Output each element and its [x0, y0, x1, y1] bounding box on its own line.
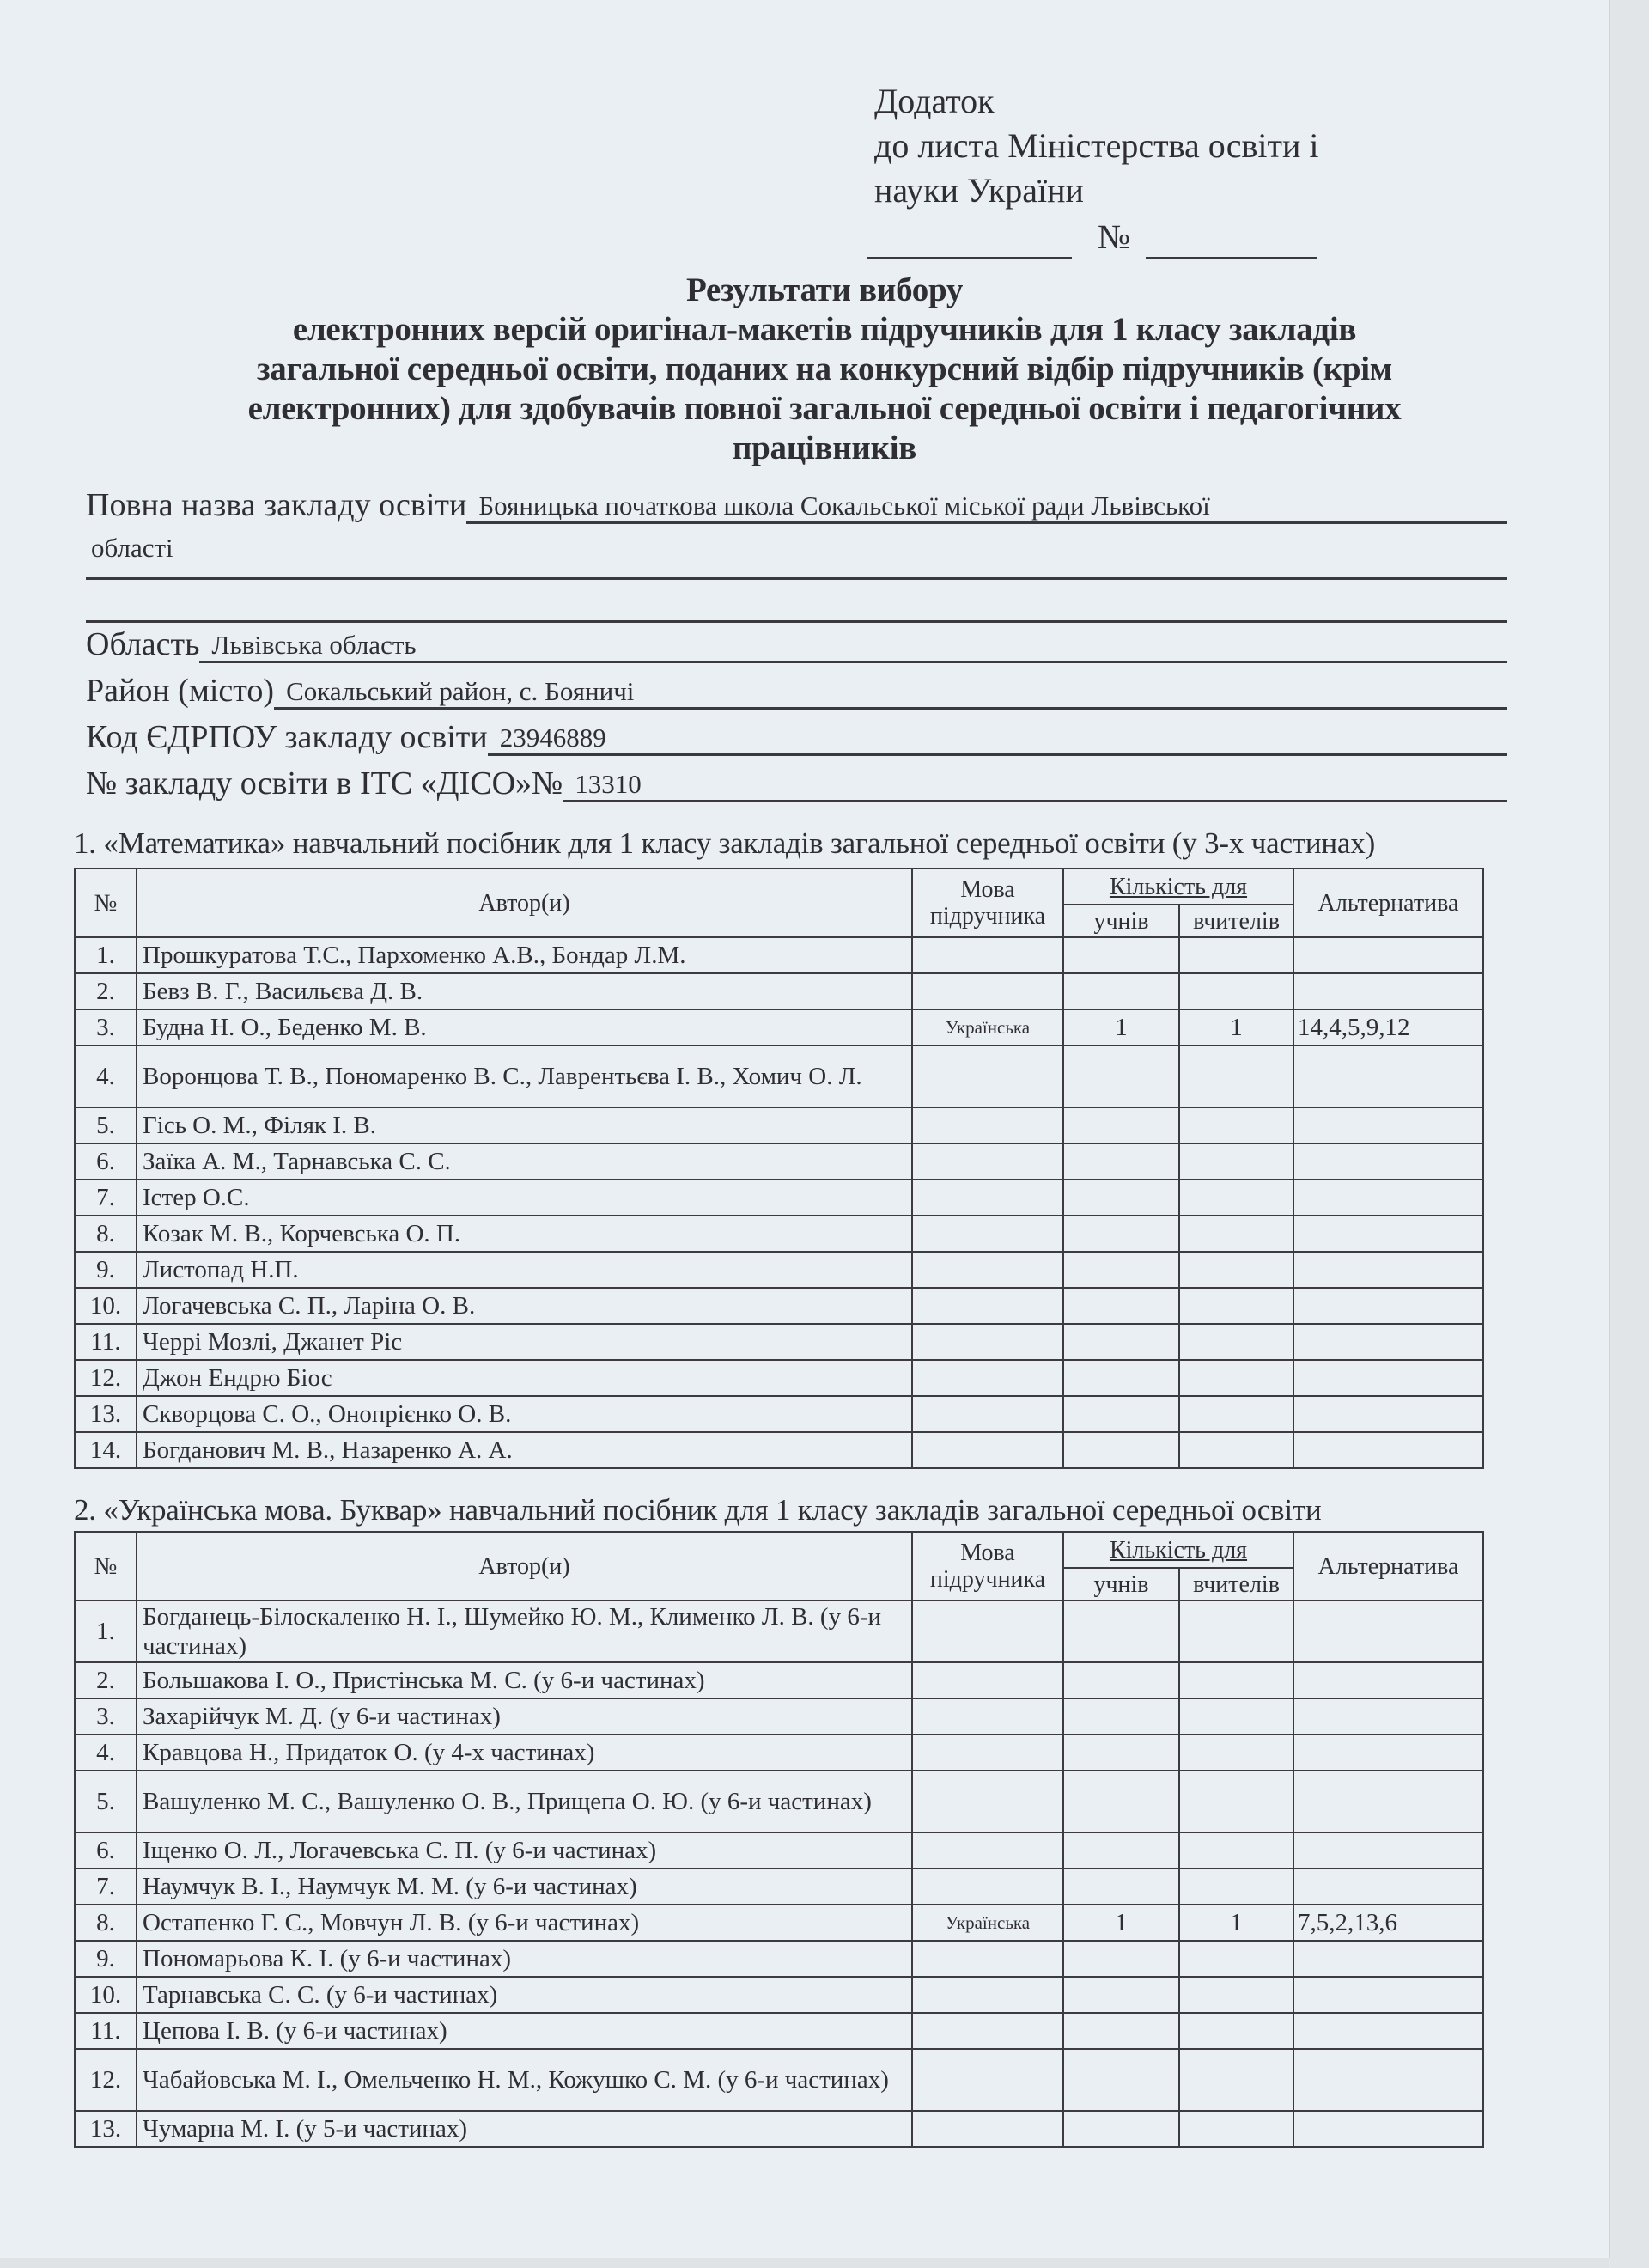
row-number: 13. [75, 2111, 137, 2147]
row-alternative[interactable] [1293, 1735, 1483, 1771]
row-number: 5. [75, 1107, 137, 1143]
row-alternative[interactable] [1293, 1869, 1483, 1905]
row-students-count[interactable] [1063, 1143, 1179, 1180]
field-label: Район (місто) [86, 672, 274, 710]
row-alternative[interactable] [1293, 1288, 1483, 1324]
row-students-count[interactable] [1063, 1941, 1179, 1977]
row-language[interactable] [912, 1662, 1063, 1698]
row-alternative[interactable] [1293, 1432, 1483, 1468]
row-alternative[interactable] [1293, 1977, 1483, 2013]
appendix-block: Додаток до листа Міністерства освіти і н… [874, 79, 1318, 259]
row-language[interactable] [912, 1252, 1063, 1288]
math-textbook-table: №Автор(и)Мова підручникаКількість дляАль… [74, 868, 1484, 1469]
row-students-count[interactable] [1063, 1107, 1179, 1143]
row-alternative[interactable] [1293, 1396, 1483, 1432]
section-title-ukrainian: 2. «Українська мова. Буквар» навчальний … [74, 1493, 1322, 1527]
row-students-count[interactable] [1063, 1324, 1179, 1360]
row-alternative[interactable] [1293, 2049, 1483, 2111]
table-row: 11.Цепова І. В. (у 6-и частинах) [75, 2013, 1483, 2049]
table-header-row: №Автор(и)Мова підручникаКількість дляАль… [75, 869, 1483, 905]
row-authors: Істер О.С. [137, 1180, 912, 1216]
row-language[interactable] [912, 1698, 1063, 1735]
row-language[interactable] [912, 1977, 1063, 2013]
row-number: 6. [75, 1143, 137, 1180]
row-authors: Заїка А. М., Тарнавська С. С. [137, 1143, 912, 1180]
row-authors: Черрі Мозлі, Джанет Ріс [137, 1324, 912, 1360]
row-students-count[interactable] [1063, 1288, 1179, 1324]
table-row: 12.Чабайовська М. І., Омельченко Н. М., … [75, 2049, 1483, 2111]
table-row: 6.Іщенко О. Л., Логачевська С. П. (у 6-и… [75, 1832, 1483, 1869]
row-authors: Бевз В. Г., Васильєва Д. В. [137, 973, 912, 1009]
appendix-line: науки України [874, 168, 1318, 213]
row-language[interactable] [912, 1288, 1063, 1324]
row-language[interactable]: Українська [912, 1905, 1063, 1941]
appendix-line: Додаток [874, 79, 1318, 124]
row-authors: Вашуленко М. С., Вашуленко О. В., Прищеп… [137, 1771, 912, 1832]
row-alternative[interactable] [1293, 1107, 1483, 1143]
row-authors: Богданович М. В., Назаренко А. А. [137, 1432, 912, 1468]
title-line: загальної середньої освіти, поданих на к… [86, 350, 1563, 389]
col-alternative: Альтернатива [1293, 869, 1483, 937]
row-teachers-count[interactable] [1179, 1107, 1293, 1143]
row-alternative[interactable] [1293, 1360, 1483, 1396]
row-language[interactable]: Українська [912, 1009, 1063, 1046]
row-teachers-count[interactable] [1179, 2111, 1293, 2147]
row-teachers-count[interactable] [1179, 2013, 1293, 2049]
row-alternative[interactable] [1293, 1941, 1483, 1977]
row-language[interactable] [912, 1324, 1063, 1360]
row-authors: Пономарьова К. І. (у 6-и частинах) [137, 1941, 912, 1977]
row-authors: Листопад Н.П. [137, 1252, 912, 1288]
row-authors: Будна Н. О., Беденко М. В. [137, 1009, 912, 1046]
row-students-count[interactable] [1063, 1832, 1179, 1869]
table-row: 3.Будна Н. О., Беденко М. В.Українська11… [75, 1009, 1483, 1046]
row-teachers-count[interactable] [1179, 1600, 1293, 1662]
table-row: 9.Листопад Н.П. [75, 1252, 1483, 1288]
row-students-count[interactable] [1063, 1360, 1179, 1396]
row-number: 3. [75, 1698, 137, 1735]
letter-number-blank [1146, 223, 1317, 259]
field-label: № закладу освіти в ІТС «ДІСО»№ [86, 765, 563, 802]
row-language[interactable] [912, 2049, 1063, 2111]
row-students-count[interactable] [1063, 1771, 1179, 1832]
table-row: 5.Вашуленко М. С., Вашуленко О. В., Прищ… [75, 1771, 1483, 1832]
row-number: 4. [75, 1735, 137, 1771]
col-students: учнів [1063, 905, 1179, 937]
row-alternative[interactable] [1293, 937, 1483, 973]
row-number: 11. [75, 1324, 137, 1360]
row-teachers-count[interactable] [1179, 973, 1293, 1009]
row-number: 9. [75, 1252, 137, 1288]
table-row: 11.Черрі Мозлі, Джанет Ріс [75, 1324, 1483, 1360]
col-num: № [75, 869, 137, 937]
row-teachers-count[interactable] [1179, 1662, 1293, 1698]
row-students-count[interactable] [1063, 2013, 1179, 2049]
row-alternative[interactable] [1293, 1832, 1483, 1869]
row-number: 11. [75, 2013, 137, 2049]
field-value: Сокальський район, с. Бояничі [274, 673, 1507, 710]
row-students-count[interactable] [1063, 1216, 1179, 1252]
row-authors: Джон Ендрю Біос [137, 1360, 912, 1396]
number-sign: № [1098, 215, 1130, 259]
table-row: 4.Кравцова Н., Придаток О. (у 4-х частин… [75, 1735, 1483, 1771]
table-row: 13.Чумарна М. І. (у 5-и частинах) [75, 2111, 1483, 2147]
row-language[interactable] [912, 973, 1063, 1009]
row-students-count[interactable] [1063, 2111, 1179, 2147]
row-language[interactable] [912, 1735, 1063, 1771]
row-number: 10. [75, 1288, 137, 1324]
col-authors: Автор(и) [137, 1532, 912, 1600]
col-quantity: Кількість для [1063, 869, 1293, 905]
row-alternative[interactable] [1293, 1662, 1483, 1698]
row-number: 1. [75, 937, 137, 973]
row-language[interactable] [912, 2013, 1063, 2049]
row-teachers-count[interactable] [1179, 1180, 1293, 1216]
row-teachers-count[interactable] [1179, 1977, 1293, 2013]
field-value: 23946889 [488, 719, 1507, 756]
row-alternative[interactable] [1293, 1046, 1483, 1107]
row-teachers-count[interactable] [1179, 1216, 1293, 1252]
row-students-count[interactable] [1063, 1869, 1179, 1905]
row-alternative[interactable] [1293, 2111, 1483, 2147]
row-number: 2. [75, 1662, 137, 1698]
col-teachers: вчителів [1179, 905, 1293, 937]
table-row: 13.Скворцова С. О., Онопрієнко О. В. [75, 1396, 1483, 1432]
row-authors: Чабайовська М. І., Омельченко Н. М., Кож… [137, 2049, 912, 2111]
row-number: 13. [75, 1396, 137, 1432]
table-row: 1.Богданець-Білоскаленко Н. І., Шумейко … [75, 1600, 1483, 1662]
row-students-count[interactable] [1063, 1396, 1179, 1432]
row-alternative[interactable] [1293, 1771, 1483, 1832]
field-label: Код ЄДРПОУ закладу освіти [86, 718, 488, 756]
row-authors: Воронцова Т. В., Пономаренко В. С., Лавр… [137, 1046, 912, 1107]
table-row: 7.Істер О.С. [75, 1180, 1483, 1216]
col-teachers: вчителів [1179, 1568, 1293, 1600]
row-teachers-count[interactable] [1179, 1360, 1293, 1396]
row-number: 10. [75, 1977, 137, 2013]
row-teachers-count[interactable] [1179, 1288, 1293, 1324]
row-authors: Захарійчук М. Д. (у 6-и частинах) [137, 1698, 912, 1735]
field-itc-number: № закладу освіти в ІТС «ДІСО»№ 13310 [86, 765, 1507, 802]
row-students-count[interactable] [1063, 1662, 1179, 1698]
row-students-count[interactable] [1063, 1252, 1179, 1288]
row-authors: Цепова І. В. (у 6-и частинах) [137, 2013, 912, 2049]
blank-line [86, 620, 1507, 623]
row-teachers-count[interactable] [1179, 1771, 1293, 1832]
row-authors: Логачевська С. П., Ларіна О. В. [137, 1288, 912, 1324]
col-alternative: Альтернатива [1293, 1532, 1483, 1600]
row-authors: Остапенко Г. С., Мовчун Л. В. (у 6-и час… [137, 1905, 912, 1941]
row-teachers-count[interactable] [1179, 2049, 1293, 2111]
row-number: 1. [75, 1600, 137, 1662]
table-row: 8.Остапенко Г. С., Мовчун Л. В. (у 6-и ч… [75, 1905, 1483, 1941]
row-students-count[interactable] [1063, 2049, 1179, 2111]
row-alternative[interactable] [1293, 1252, 1483, 1288]
row-number: 12. [75, 2049, 137, 2111]
row-authors: Большакова І. О., Пристінська М. С. (у 6… [137, 1662, 912, 1698]
col-language: Мова підручника [912, 1532, 1063, 1600]
document-page: Додаток до листа Міністерства освіти і н… [0, 0, 1610, 2258]
row-alternative[interactable]: 14,4,5,9,12 [1293, 1009, 1483, 1046]
col-authors: Автор(и) [137, 869, 912, 937]
field-label: Повна назва закладу освіти [86, 486, 466, 524]
table-row: 3.Захарійчук М. Д. (у 6-и частинах) [75, 1698, 1483, 1735]
section-title-math: 1. «Математика» навчальний посібник для … [74, 826, 1375, 861]
row-teachers-count[interactable] [1179, 1396, 1293, 1432]
row-number: 8. [75, 1216, 137, 1252]
scan-edge-bottom [0, 2258, 1609, 2268]
row-authors: Прошкуратова Т.С., Пархоменко А.В., Бонд… [137, 937, 912, 973]
row-authors: Чумарна М. І. (у 5-и частинах) [137, 2111, 912, 2147]
row-language[interactable] [912, 1432, 1063, 1468]
row-number: 5. [75, 1771, 137, 1832]
scan-edge [1610, 0, 1649, 2268]
row-teachers-count[interactable] [1179, 1869, 1293, 1905]
field-value: 13310 [563, 765, 1507, 802]
row-students-count[interactable] [1063, 1046, 1179, 1107]
row-teachers-count[interactable] [1179, 1735, 1293, 1771]
title-line: Результати вибору [86, 271, 1563, 310]
row-teachers-count[interactable] [1179, 937, 1293, 973]
row-teachers-count[interactable] [1179, 1252, 1293, 1288]
row-alternative[interactable] [1293, 1216, 1483, 1252]
row-students-count[interactable]: 1 [1063, 1905, 1179, 1941]
row-authors: Кравцова Н., Придаток О. (у 4-х частинах… [137, 1735, 912, 1771]
row-students-count[interactable] [1063, 937, 1179, 973]
row-number: 6. [75, 1832, 137, 1869]
field-full-name: Повна назва закладу освіти Бояницька поч… [86, 486, 1507, 524]
field-label: Область [86, 625, 199, 663]
table-row: 2.Большакова І. О., Пристінська М. С. (у… [75, 1662, 1483, 1698]
row-teachers-count[interactable] [1179, 1046, 1293, 1107]
row-students-count[interactable] [1063, 1180, 1179, 1216]
row-alternative[interactable] [1293, 1324, 1483, 1360]
row-language[interactable] [912, 1600, 1063, 1662]
table-row: 4.Воронцова Т. В., Пономаренко В. С., Ла… [75, 1046, 1483, 1107]
row-language[interactable] [912, 1396, 1063, 1432]
row-authors: Тарнавська С. С. (у 6-и частинах) [137, 1977, 912, 2013]
row-authors: Гісь О. М., Філяк І. В. [137, 1107, 912, 1143]
title-line: працівників [86, 429, 1563, 468]
row-number: 4. [75, 1046, 137, 1107]
row-authors: Наумчук В. І., Наумчук М. М. (у 6-и част… [137, 1869, 912, 1905]
row-teachers-count[interactable]: 1 [1179, 1009, 1293, 1046]
field-edrpou: Код ЄДРПОУ закладу освіти 23946889 [86, 718, 1507, 756]
row-teachers-count[interactable] [1179, 1143, 1293, 1180]
row-alternative[interactable] [1293, 1600, 1483, 1662]
table-row: 10.Тарнавська С. С. (у 6-и частинах) [75, 1977, 1483, 2013]
row-language[interactable] [912, 1832, 1063, 1869]
title-line: електронних версій оригінал-макетів підр… [86, 310, 1563, 350]
col-num: № [75, 1532, 137, 1600]
row-authors: Іщенко О. Л., Логачевська С. П. (у 6-и ч… [137, 1832, 912, 1869]
row-alternative[interactable] [1293, 1180, 1483, 1216]
row-authors: Скворцова С. О., Онопрієнко О. В. [137, 1396, 912, 1432]
row-number: 7. [75, 1869, 137, 1905]
row-alternative[interactable] [1293, 1698, 1483, 1735]
row-alternative[interactable] [1293, 973, 1483, 1009]
row-authors: Богданець-Білоскаленко Н. І., Шумейко Ю.… [137, 1600, 912, 1662]
row-language[interactable] [912, 937, 1063, 973]
row-language[interactable] [912, 1941, 1063, 1977]
field-district: Район (місто) Сокальський район, с. Боян… [86, 672, 1507, 710]
field-value: Львівська область [199, 626, 1507, 663]
table-row: 6.Заїка А. М., Тарнавська С. С. [75, 1143, 1483, 1180]
table-row: 9.Пономарьова К. І. (у 6-и частинах) [75, 1941, 1483, 1977]
letter-number-line: № [874, 215, 1318, 259]
appendix-line: до листа Міністерства освіти і [874, 124, 1318, 168]
row-students-count[interactable]: 1 [1063, 1009, 1179, 1046]
row-language[interactable] [912, 1046, 1063, 1107]
row-language[interactable] [912, 1143, 1063, 1180]
table-row: 10.Логачевська С. П., Ларіна О. В. [75, 1288, 1483, 1324]
row-number: 9. [75, 1941, 137, 1977]
field-value-continued: області [91, 533, 173, 564]
row-number: 12. [75, 1360, 137, 1396]
table-row: 8.Козак М. В., Корчевська О. П. [75, 1216, 1483, 1252]
row-alternative[interactable] [1293, 1143, 1483, 1180]
row-number: 2. [75, 973, 137, 1009]
row-number: 7. [75, 1180, 137, 1216]
field-value: Бояницька початкова школа Сокальської мі… [466, 487, 1507, 524]
row-language[interactable] [912, 1869, 1063, 1905]
table-row: 14.Богданович М. В., Назаренко А. А. [75, 1432, 1483, 1468]
ukrainian-textbook-table: №Автор(и)Мова підручникаКількість дляАль… [74, 1531, 1484, 2148]
row-teachers-count[interactable]: 1 [1179, 1905, 1293, 1941]
col-quantity: Кількість для [1063, 1532, 1293, 1568]
row-authors: Козак М. В., Корчевська О. П. [137, 1216, 912, 1252]
row-language[interactable] [912, 1771, 1063, 1832]
table-row: 12.Джон Ендрю Біос [75, 1360, 1483, 1396]
row-language[interactable] [912, 2111, 1063, 2147]
row-teachers-count[interactable] [1179, 1832, 1293, 1869]
row-number: 14. [75, 1432, 137, 1468]
table-row: 2.Бевз В. Г., Васильєва Д. В. [75, 973, 1483, 1009]
row-language[interactable] [912, 1180, 1063, 1216]
row-students-count[interactable] [1063, 1600, 1179, 1662]
col-language: Мова підручника [912, 869, 1063, 937]
field-region: Область Львівська область [86, 625, 1507, 663]
document-title: Результати вибору електронних версій ори… [86, 271, 1563, 468]
row-alternative[interactable]: 7,5,2,13,6 [1293, 1905, 1483, 1941]
row-teachers-count[interactable] [1179, 1432, 1293, 1468]
row-students-count[interactable] [1063, 973, 1179, 1009]
table-row: 1.Прошкуратова Т.С., Пархоменко А.В., Бо… [75, 937, 1483, 973]
row-students-count[interactable] [1063, 1432, 1179, 1468]
row-language[interactable] [912, 1107, 1063, 1143]
row-teachers-count[interactable] [1179, 1698, 1293, 1735]
row-teachers-count[interactable] [1179, 1941, 1293, 1977]
table-header-row: №Автор(и)Мова підручникаКількість дляАль… [75, 1532, 1483, 1568]
table-row: 7.Наумчук В. І., Наумчук М. М. (у 6-и ча… [75, 1869, 1483, 1905]
col-students: учнів [1063, 1568, 1179, 1600]
row-number: 8. [75, 1905, 137, 1941]
title-line: електронних) для здобувачів повної загал… [86, 389, 1563, 429]
row-students-count[interactable] [1063, 1698, 1179, 1735]
row-language[interactable] [912, 1216, 1063, 1252]
table-row: 5.Гісь О. М., Філяк І. В. [75, 1107, 1483, 1143]
row-teachers-count[interactable] [1179, 1324, 1293, 1360]
row-language[interactable] [912, 1360, 1063, 1396]
row-number: 3. [75, 1009, 137, 1046]
letter-date-blank [867, 223, 1072, 259]
blank-line [86, 577, 1507, 580]
row-students-count[interactable] [1063, 1735, 1179, 1771]
row-alternative[interactable] [1293, 2013, 1483, 2049]
row-students-count[interactable] [1063, 1977, 1179, 2013]
